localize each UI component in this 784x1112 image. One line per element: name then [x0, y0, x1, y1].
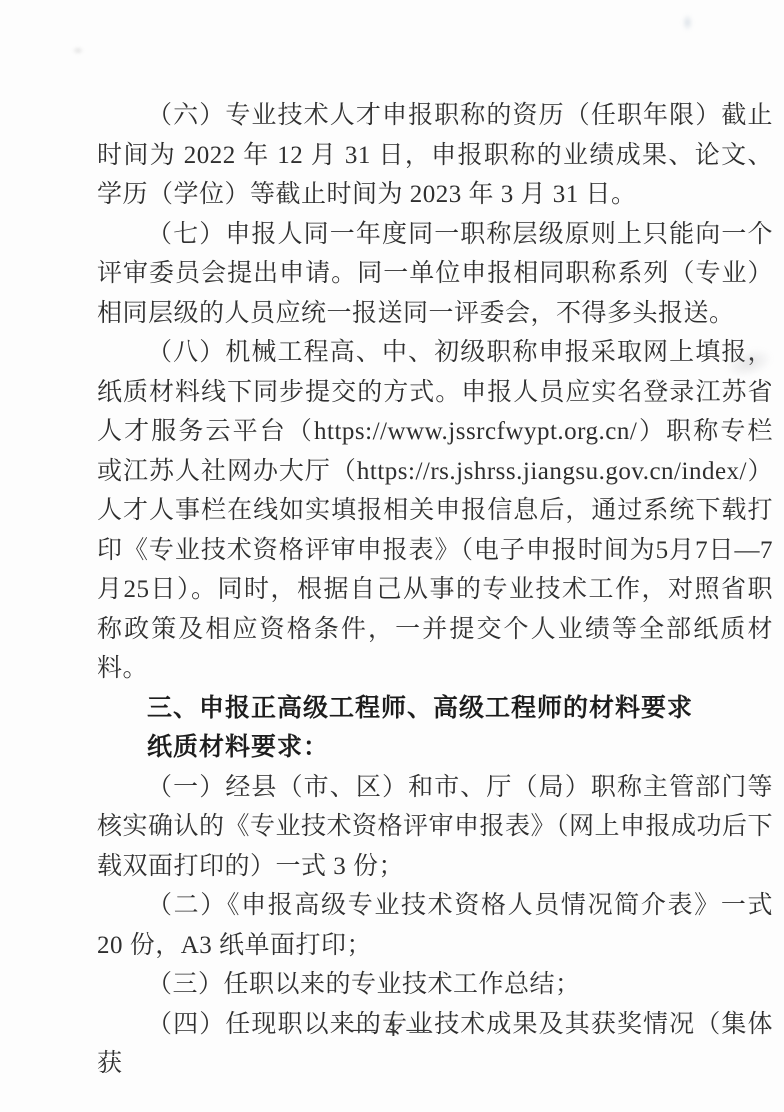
- paragraph-item-1: （一）经县（市、区）和市、厅（局）职称主管部门等核实确认的《专业技术资格评审申报…: [97, 768, 773, 887]
- paragraph-item-8: （八）机械工程高、中、初级职称申报采取网上填报，纸质材料线下同步提交的方式。申报…: [97, 333, 773, 689]
- scan-mark-artifact: [682, 14, 693, 31]
- scan-speck-artifact: [72, 46, 84, 55]
- document-body: （六）专业技术人才申报职称的资历（任职年限）截止时间为 2022 年 12 月 …: [97, 96, 773, 1084]
- paragraph-item-3: （三）任职以来的专业技术工作总结；: [97, 965, 773, 1005]
- paragraph-item-7: （七）申报人同一年度同一职称层级原则上只能向一个评审委员会提出申请。同一单位申报…: [97, 215, 773, 334]
- subheading-paper-materials: 纸质材料要求：: [97, 728, 773, 768]
- page-number: — 4 —: [0, 1016, 784, 1042]
- section-heading-materials-requirements: 三、申报正高级工程师、高级工程师的材料要求: [97, 689, 773, 729]
- paragraph-item-2: （二）《申报高级专业技术资格人员情况简介表》一式 20 份，A3 纸单面打印；: [97, 886, 773, 965]
- scanned-document-page: （六）专业技术人才申报职称的资历（任职年限）截止时间为 2022 年 12 月 …: [0, 0, 784, 1112]
- paragraph-item-6: （六）专业技术人才申报职称的资历（任职年限）截止时间为 2022 年 12 月 …: [97, 96, 773, 215]
